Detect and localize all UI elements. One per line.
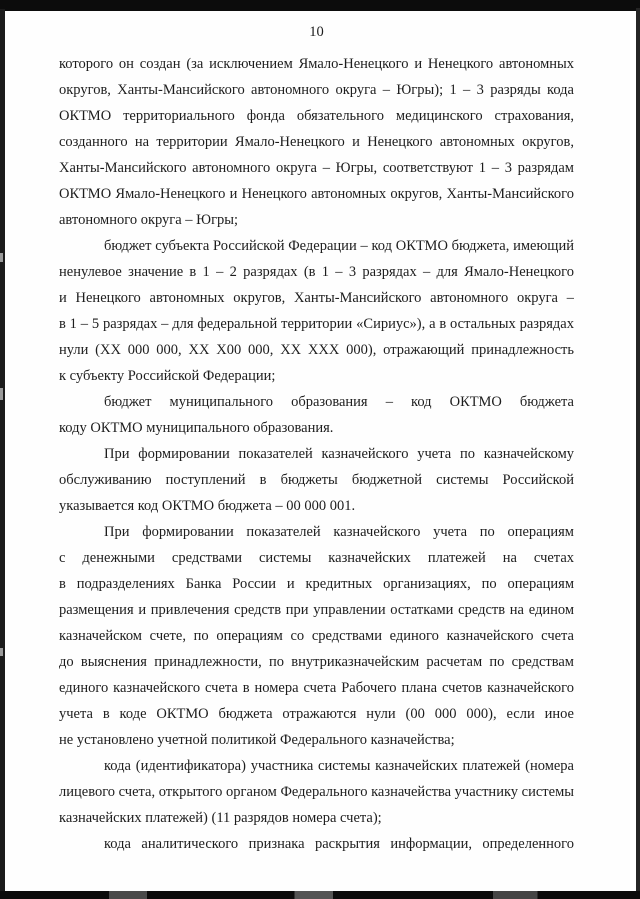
text-line: не установлено учетной политикой Федерал… [59,727,574,753]
text-line: нули (ХХ 000 000, ХХ Х00 000, ХХ ХХХ 000… [59,337,574,363]
text-line: округов, Ханты-Мансийского автономного о… [59,77,574,103]
text-line: кода (идентификатора) участника системы … [59,753,574,779]
text-line: бюджет субъекта Российской Федерации – к… [59,233,574,259]
text-line: казначейских платежей) (11 разрядов номе… [59,805,574,831]
text-line: ОКТМО территориального фонда обязательно… [59,103,574,129]
text-line: в 1 – 5 разрядах – для федеральной терри… [59,311,574,337]
scan-border-top [0,0,640,11]
text-line: учета в коде ОКТМО бюджета отражаются ну… [59,701,574,727]
scan-border-bottom [0,891,640,899]
text-line: казначейском счете, по операциям со сред… [59,623,574,649]
text-line: При формировании показателей казначейско… [59,519,574,545]
scanned-page: 10 которого он создан (за исключением Ям… [0,0,640,899]
text-line: Ханты-Мансийского автономного округа – Ю… [59,155,574,181]
text-line: коду ОКТМО муниципального образования. [59,415,574,441]
text-line: лицевого счета, открытого органом Федера… [59,779,574,805]
text-line: до выяснения принадлежности, по внутрика… [59,649,574,675]
text-line: обслуживанию поступлений в бюджеты бюдже… [59,467,574,493]
text-line: к субъекту Российской Федерации; [59,363,574,389]
scan-artifact [0,648,3,656]
text-line: кода аналитического признака раскрытия и… [59,831,574,857]
text-line: единого казначейского счета в номера сче… [59,675,574,701]
text-line: созданного на территории Ямало-Ненецкого… [59,129,574,155]
text-line: размещения и привлечения средств при упр… [59,597,574,623]
text-line: и Ненецкого автономных округов, Ханты-Ма… [59,285,574,311]
scan-artifact [0,388,3,400]
text-line: автономного округа – Югры; [59,207,574,233]
scan-artifact [0,253,3,262]
scan-border-left [0,9,5,894]
page-content: 10 которого он создан (за исключением Ям… [59,22,574,857]
text-line: в подразделениях Банка России и кредитны… [59,571,574,597]
text-line: бюджет муниципального образования – код … [59,389,574,415]
text-line: ОКТМО Ямало-Ненецкого и Ненецкого автоно… [59,181,574,207]
scan-border-right [636,8,640,893]
text-line: которого он создан (за исключением Ямало… [59,51,574,77]
page-number: 10 [59,22,574,42]
text-line: При формировании показателей казначейско… [59,441,574,467]
text-line: с денежными средствами системы казначейс… [59,545,574,571]
text-line: ненулевое значение в 1 – 2 разрядах (в 1… [59,259,574,285]
text-line: указывается код ОКТМО бюджета – 00 000 0… [59,493,574,519]
